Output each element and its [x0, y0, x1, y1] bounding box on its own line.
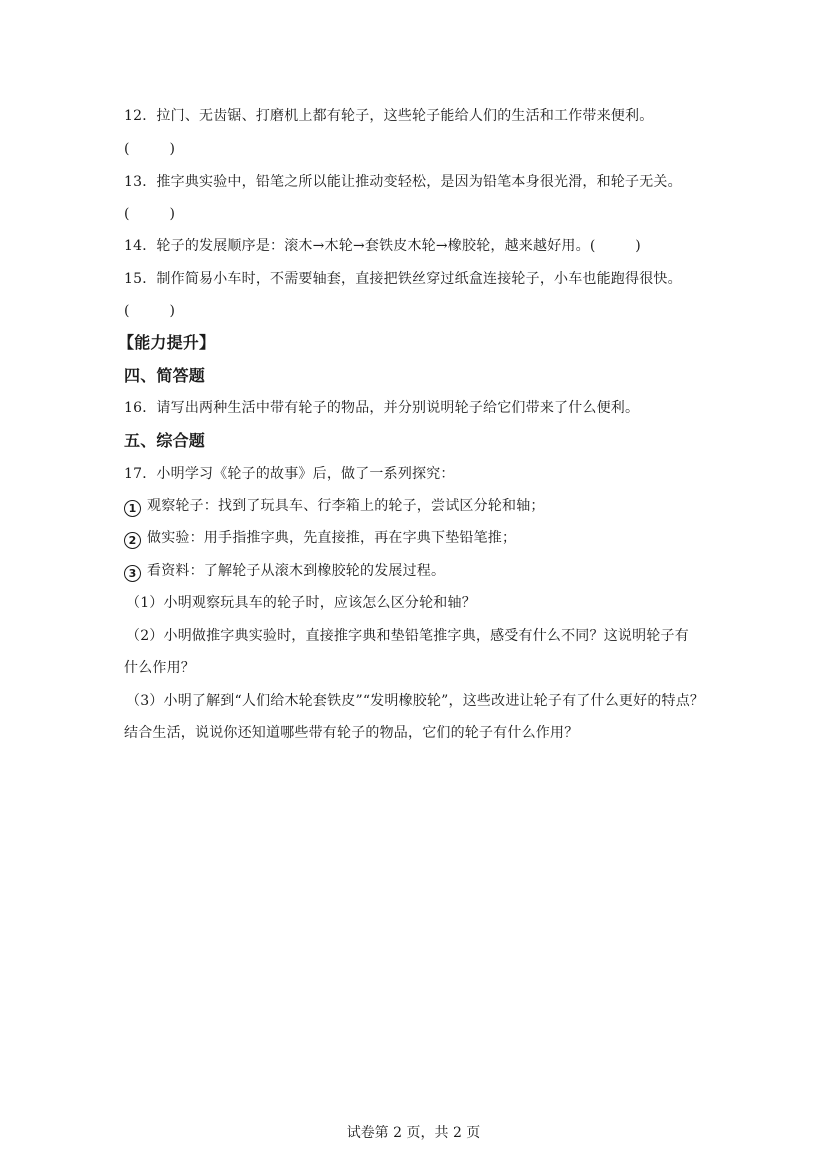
paren-open: (	[124, 206, 129, 222]
answer-blank-12[interactable]: ()	[124, 140, 175, 158]
paren-close: )	[169, 303, 174, 319]
question-16: 16．请写出两种生活中带有轮子的物品，并分别说明轮子给它们带来了什么便利。	[124, 399, 639, 417]
page-footer: 试卷第 2 页，共 2 页	[0, 1122, 827, 1142]
answer-blank-13[interactable]: ()	[124, 205, 175, 223]
step-3-text: 看资料：了解轮子从滚木到橡胶轮的发展过程。	[147, 563, 445, 579]
answer-blank-14[interactable]: ()	[590, 238, 641, 254]
paren-open: (	[124, 303, 129, 319]
question-17-intro: 17．小明学习《轮子的故事》后，做了一系列探究：	[124, 465, 455, 483]
section-four-heading: 四、简答题	[124, 367, 205, 385]
question-15: 15．制作简易小车时，不需要轴套，直接把铁丝穿过纸盒连接轮子，小车也能跑得很快。	[124, 270, 682, 288]
circled-number-2-icon: 2	[124, 532, 141, 549]
question-13: 13．推字典实验中，铅笔之所以能让推动变轻松，是因为铅笔本身很光滑，和轮子无关。	[124, 173, 682, 191]
paren-close: )	[169, 141, 174, 157]
sub-question-1: （1）小明观察玩具车的轮子时，应该怎么区分轮和轴？	[126, 594, 476, 612]
step-2-text: 做实验：用手指推字典，先直接推，再在字典下垫铅笔推；	[147, 530, 516, 546]
question-14: 14．轮子的发展顺序是：滚木→木轮→套铁皮木轮→橡胶轮，越来越好用。()	[124, 237, 641, 255]
section-five-heading: 五、综合题	[124, 432, 205, 450]
question-14-text: 14．轮子的发展顺序是：滚木→木轮→套铁皮木轮→橡胶轮，越来越好用。	[124, 238, 590, 254]
step-1-text: 观察轮子：找到了玩具车、行李箱上的轮子，尝试区分轮和轴；	[147, 498, 545, 514]
sub-question-2-cont: 什么作用？	[124, 659, 195, 677]
paren-open: (	[590, 238, 595, 254]
sub-question-3: （3）小明了解到“人们给木轮套铁皮”“发明橡胶轮”，这些改进让轮子有了什么更好的…	[126, 692, 704, 710]
section-ability-heading: 【能力提升】	[118, 334, 215, 352]
paren-open: (	[124, 141, 129, 157]
sub-question-2: （2）小明做推字典实验时，直接推字典和垫铅笔推字典，感受有什么不同？这说明轮子有	[126, 627, 689, 645]
circled-number-3-icon: 3	[124, 565, 141, 582]
step-1: 1观察轮子：找到了玩具车、行李箱上的轮子，尝试区分轮和轴；	[124, 497, 545, 517]
sub-question-3-cont: 结合生活，说说你还知道哪些带有轮子的物品，它们的轮子有什么作用？	[124, 724, 578, 742]
answer-blank-15[interactable]: ()	[124, 302, 175, 320]
step-3: 3看资料：了解轮子从滚木到橡胶轮的发展过程。	[124, 562, 445, 582]
paren-close: )	[169, 206, 174, 222]
circled-number-1-icon: 1	[124, 500, 141, 517]
paren-close: )	[635, 238, 640, 254]
question-12: 12．拉门、无齿锯、打磨机上都有轮子，这些轮子能给人们的生活和工作带来便利。	[124, 107, 653, 125]
step-2: 2做实验：用手指推字典，先直接推，再在字典下垫铅笔推；	[124, 529, 516, 549]
